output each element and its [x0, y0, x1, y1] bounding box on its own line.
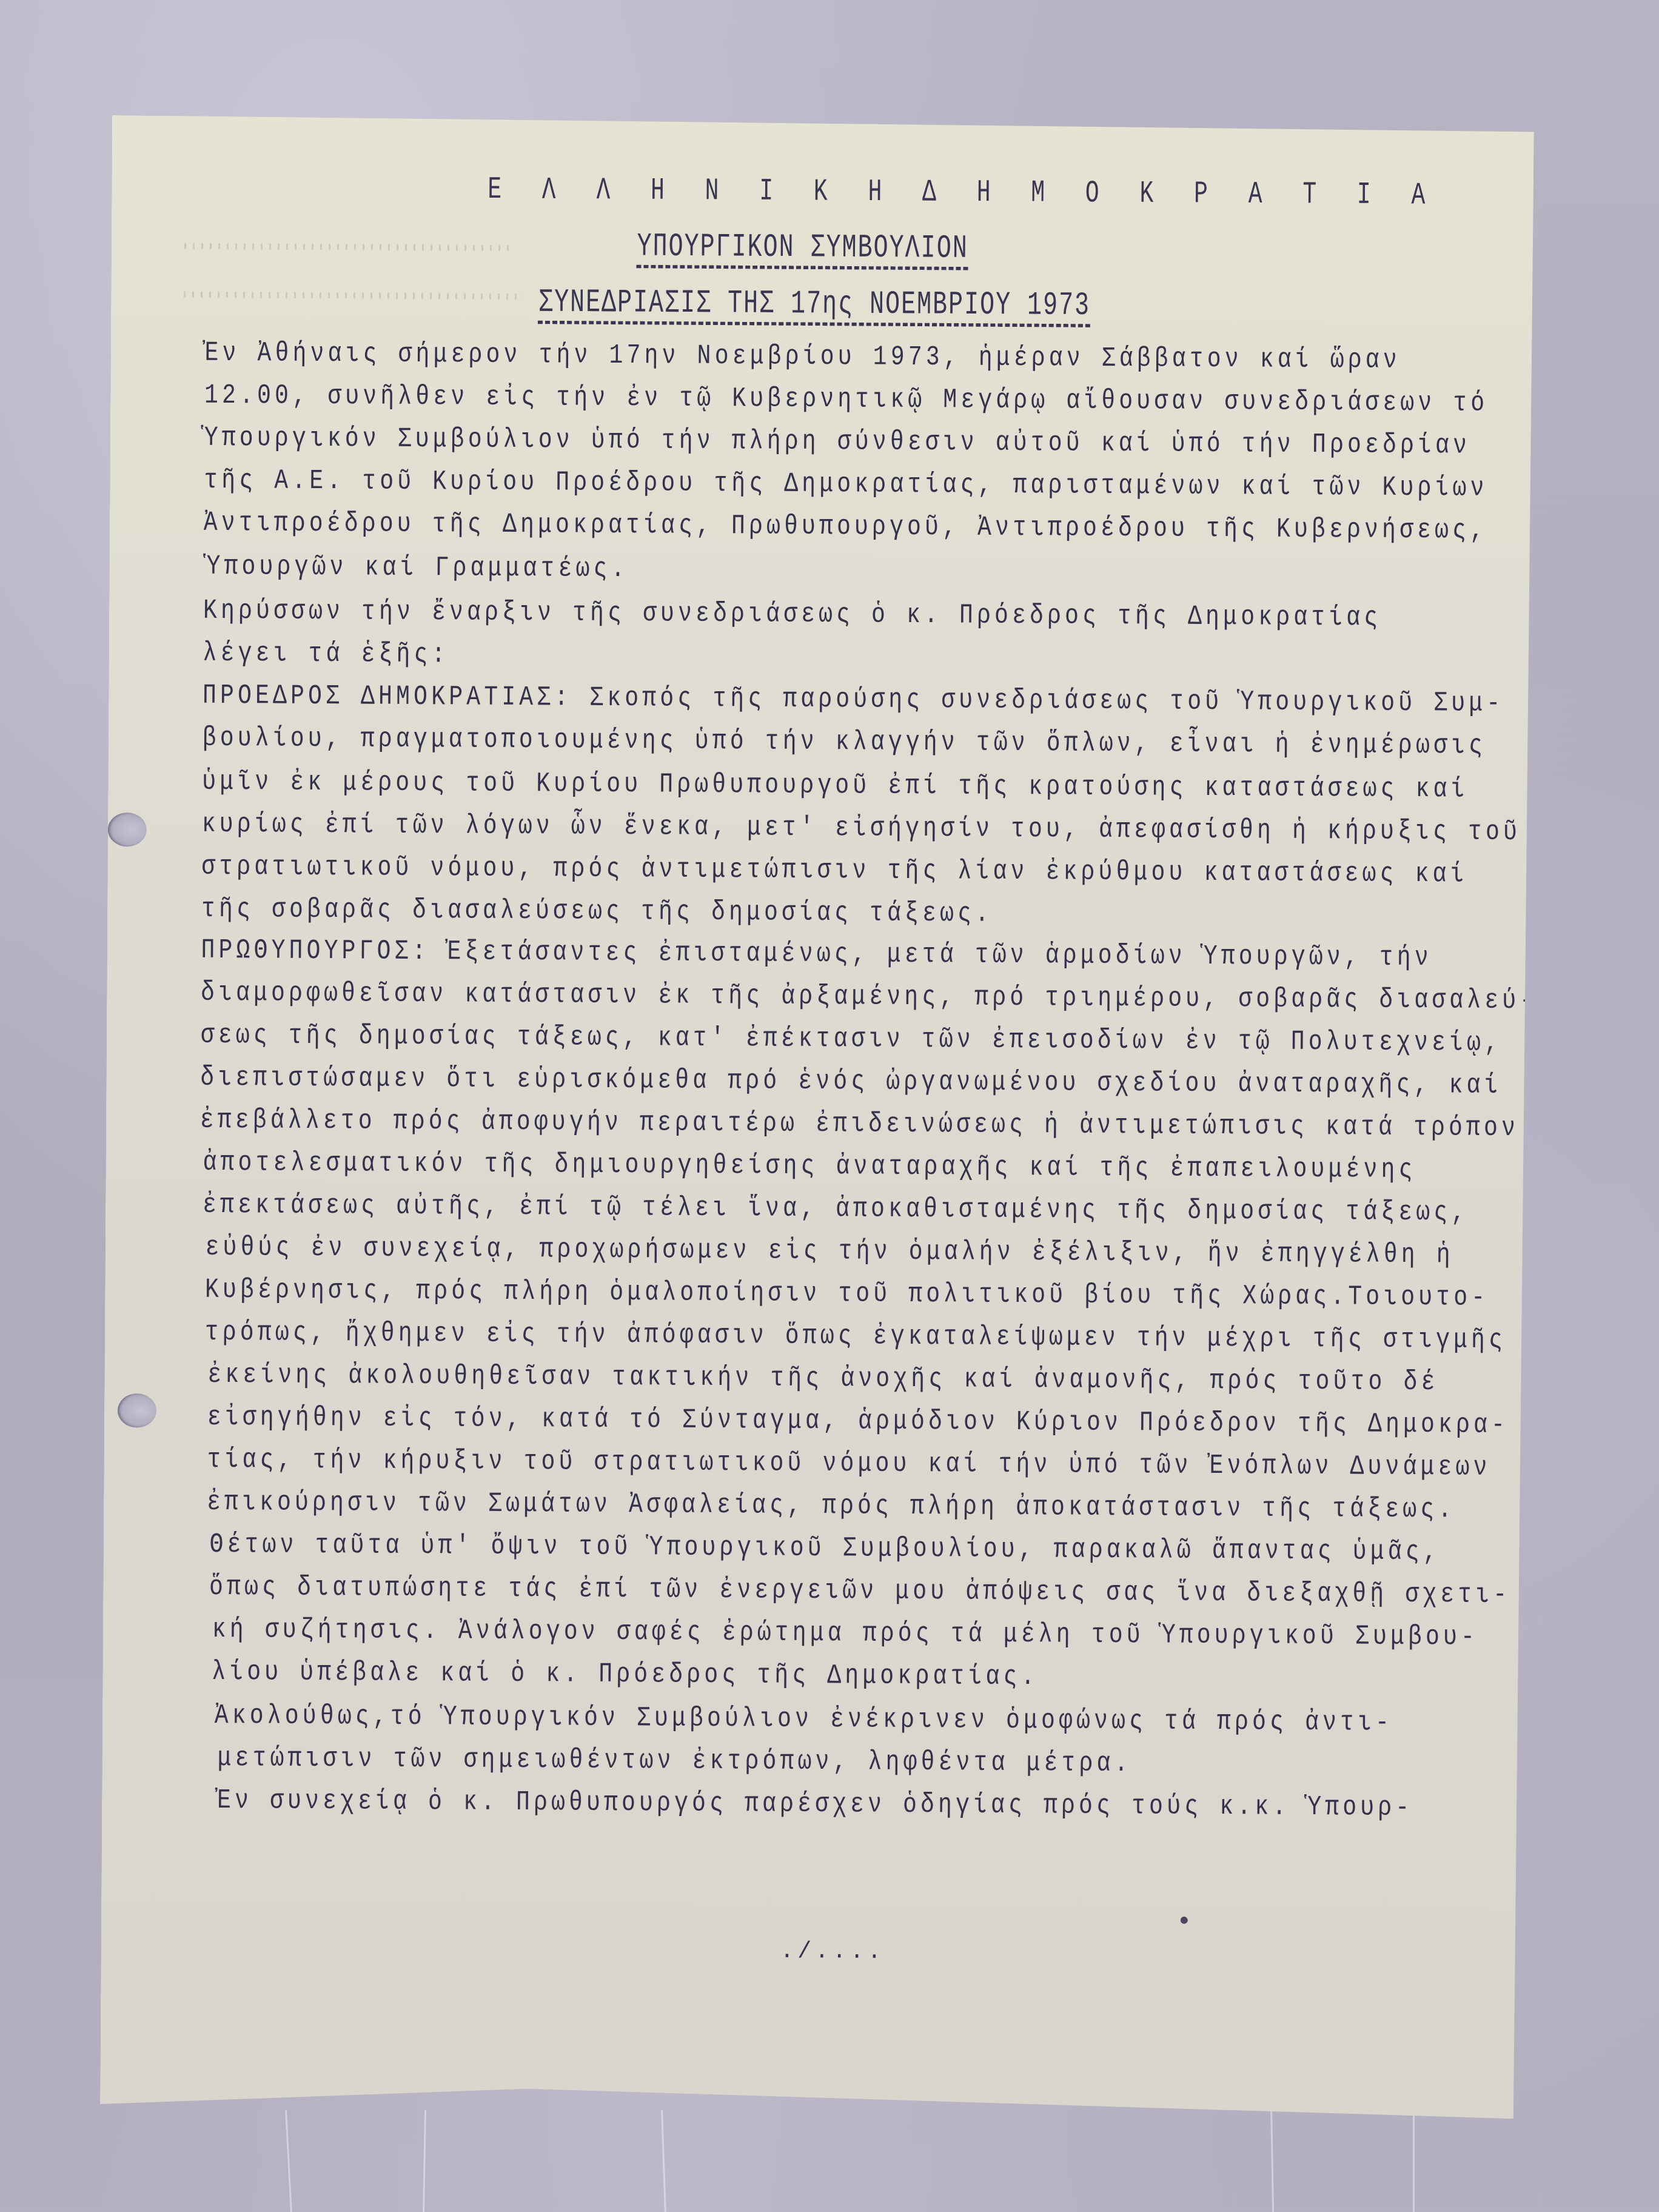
document-body: Ε Λ Λ Η Ν Ι Κ Η Δ Η Μ Ο Κ Ρ Α Τ Ι Α ΥΠΟΥ…: [112, 115, 1534, 124]
text-line: ὅπως διατυπώσητε τάς ἐπί τῶν ἐνεργειῶν μ…: [209, 1572, 1511, 1611]
text-line: διαμορφωθεῖσαν κατάστασιν ἐκ τῆς ἀρξαμέν…: [201, 977, 1538, 1017]
text-line: Ἐν Ἀθήναις σήμερον τήν 17ην Νοεμβρίου 19…: [204, 338, 1401, 377]
text-line: σεως τῆς δημοσίας τάξεως, κατ' ἐπέκτασιν…: [201, 1020, 1503, 1059]
text-line: τρόπως, ἤχθημεν εἰς τήν ἀπόφασιν ὅπως ἐγ…: [205, 1317, 1507, 1356]
background-wrinkle: [1270, 2104, 1274, 2212]
session-heading-text: ΣΥΝΕΔΡΙΑΣΙΣ ΤΗΣ 17ης ΝΟΕΜΒΡΙΟΥ 1973: [538, 284, 1090, 324]
bleed-through-mark: [184, 243, 512, 251]
text-line: τίας, τήν κήρυξιν τοῦ στρατιωτικοῦ νόμου…: [207, 1444, 1491, 1484]
text-line: διεπιστώσαμεν ὅτι εὑρισκόμεθα πρό ἑνός ὠ…: [200, 1062, 1502, 1102]
text-line: Κηρύσσων τήν ἔναρξιν τῆς συνεδριάσεως ὁ …: [203, 595, 1382, 634]
session-heading: ΣΥΝΕΔΡΙΑΣΙΣ ΤΗΣ 17ης ΝΟΕΜΒΡΙΟΥ 1973: [475, 284, 1154, 326]
text-line: Κυβέρνησις, πρός πλήρη ὁμαλοποίησιν τοῦ …: [205, 1275, 1489, 1314]
text-line: ἐπικούρησιν τῶν Σωμάτων Ἀσφαλείας, πρός …: [207, 1487, 1456, 1526]
text-line: λέγει τά ἑξῆς:: [203, 638, 449, 671]
text-line: εὐθύς ἐν συνεχείᾳ, προχωρήσωμεν εἰς τήν …: [205, 1232, 1454, 1271]
text-line: ἐκείνης ἀκολουθηθεῖσαν τακτικήν τῆς ἀνοχ…: [207, 1359, 1439, 1398]
council-heading-text: ΥΠΟΥΡΓΙΚΟΝ ΣΥΜΒΟΥΛΙΟΝ: [637, 229, 968, 267]
typewritten-page: Ε Λ Λ Η Ν Ι Κ Η Δ Η Μ Ο Κ Ρ Α Τ Ι Α ΥΠΟΥ…: [100, 115, 1534, 2119]
continuation-mark: ./....: [780, 1939, 885, 1965]
ink-speck: [1181, 1917, 1188, 1924]
state-heading: Ε Λ Λ Η Ν Ι Κ Η Δ Η Μ Ο Κ Ρ Α Τ Ι Α: [488, 172, 1215, 212]
bleed-through-mark: [184, 292, 523, 300]
speaker-line-president: ΠΡΟΕΔΡΟΣ ΔΗΜΟΚΡΑΤΙΑΣ: Σκοπός τῆς παρούση…: [203, 680, 1504, 720]
background-wrinkle: [423, 2110, 426, 2212]
text-line: Ἐν συνεχείᾳ ὁ κ. Πρωθυπουργός παρέσχεν ὁ…: [217, 1785, 1413, 1824]
punch-hole-upper: [108, 813, 147, 846]
text-line: στρατιωτικοῦ νόμου, πρός ἀντιμετώπισιν τ…: [201, 851, 1468, 890]
background-wrinkle: [285, 2110, 292, 2212]
text-line: ἐπεκτάσεως αὐτῆς, ἐπί τῷ τέλει ἵνα, ἀποκ…: [203, 1190, 1469, 1228]
text-line: βουλίου, πραγματοποιουμένης ὑπό τήν κλαγ…: [203, 723, 1487, 762]
text-line: Θέτων ταῦτα ὑπ' ὄψιν τοῦ Ὑπουργικοῦ Συμβ…: [209, 1529, 1441, 1568]
punch-hole-lower: [118, 1393, 156, 1427]
text-line: τῆς Α.Ε. τοῦ Κυρίου Προέδρου τῆς Δημοκρα…: [204, 465, 1488, 504]
text-line: εἰσηγήθην εἰς τόν, κατά τό Σύνταγμα, ἁρμ…: [207, 1402, 1509, 1441]
text-line: Ἀντιπροέδρου τῆς Δημοκρατίας, Πρωθυπουργ…: [204, 508, 1488, 547]
text-line: ἐπεβάλλετο πρός ἀποφυγήν περαιτέρω ἐπιδε…: [200, 1105, 1520, 1144]
background-wrinkle: [661, 2110, 666, 2212]
text-line: μετώπισιν τῶν σημειωθέντων ἐκτρόπων, ληφ…: [217, 1743, 1131, 1780]
text-line: Ὑπουργῶν καί Γραμματέως.: [206, 551, 628, 585]
text-line: κυρίως ἐπί τῶν λόγων ὧν ἕνεκα, μετ' εἰσή…: [202, 809, 1521, 848]
text-line: Ὑπουργικόν Συμβούλιον ὑπό τήν πλήρη σύνθ…: [204, 423, 1471, 461]
text-line: ἀποτελεσματικόν τῆς δημιουργηθείσης ἀνατ…: [203, 1147, 1416, 1186]
text-line: κή συζήτησις. Ἀνάλογον σαφές ἐρώτημα πρό…: [212, 1614, 1479, 1653]
speaker-line-prime-minister: ΠΡΩΘΥΠΟΥΡΓΟΣ: Ἐξετάσαντες ἐπισταμένως, μ…: [201, 935, 1432, 974]
text-line: λίου ὑπέβαλε καί ὁ κ. Πρόεδρος τῆς Δημοκ…: [212, 1657, 1038, 1693]
text-line: 12.00, συνῆλθεν εἰς τήν ἐν τῷ Κυβερνητικ…: [204, 380, 1489, 420]
text-line: ὑμῖν ἐκ μέρους τοῦ Κυρίου Πρωθυπουργοῦ ἐ…: [202, 766, 1469, 805]
text-line: Ἀκολούθως,τό Ὑπουργικόν Συμβούλιον ἐνέκρ…: [215, 1700, 1393, 1738]
council-heading: ΥΠΟΥΡΓΙΚΟΝ ΣΥΜΒΟΥΛΙΟΝ: [572, 229, 1033, 268]
text-line: τῆς σοβαρᾶς διασαλεύσεως τῆς δημοσίας τά…: [201, 894, 993, 930]
